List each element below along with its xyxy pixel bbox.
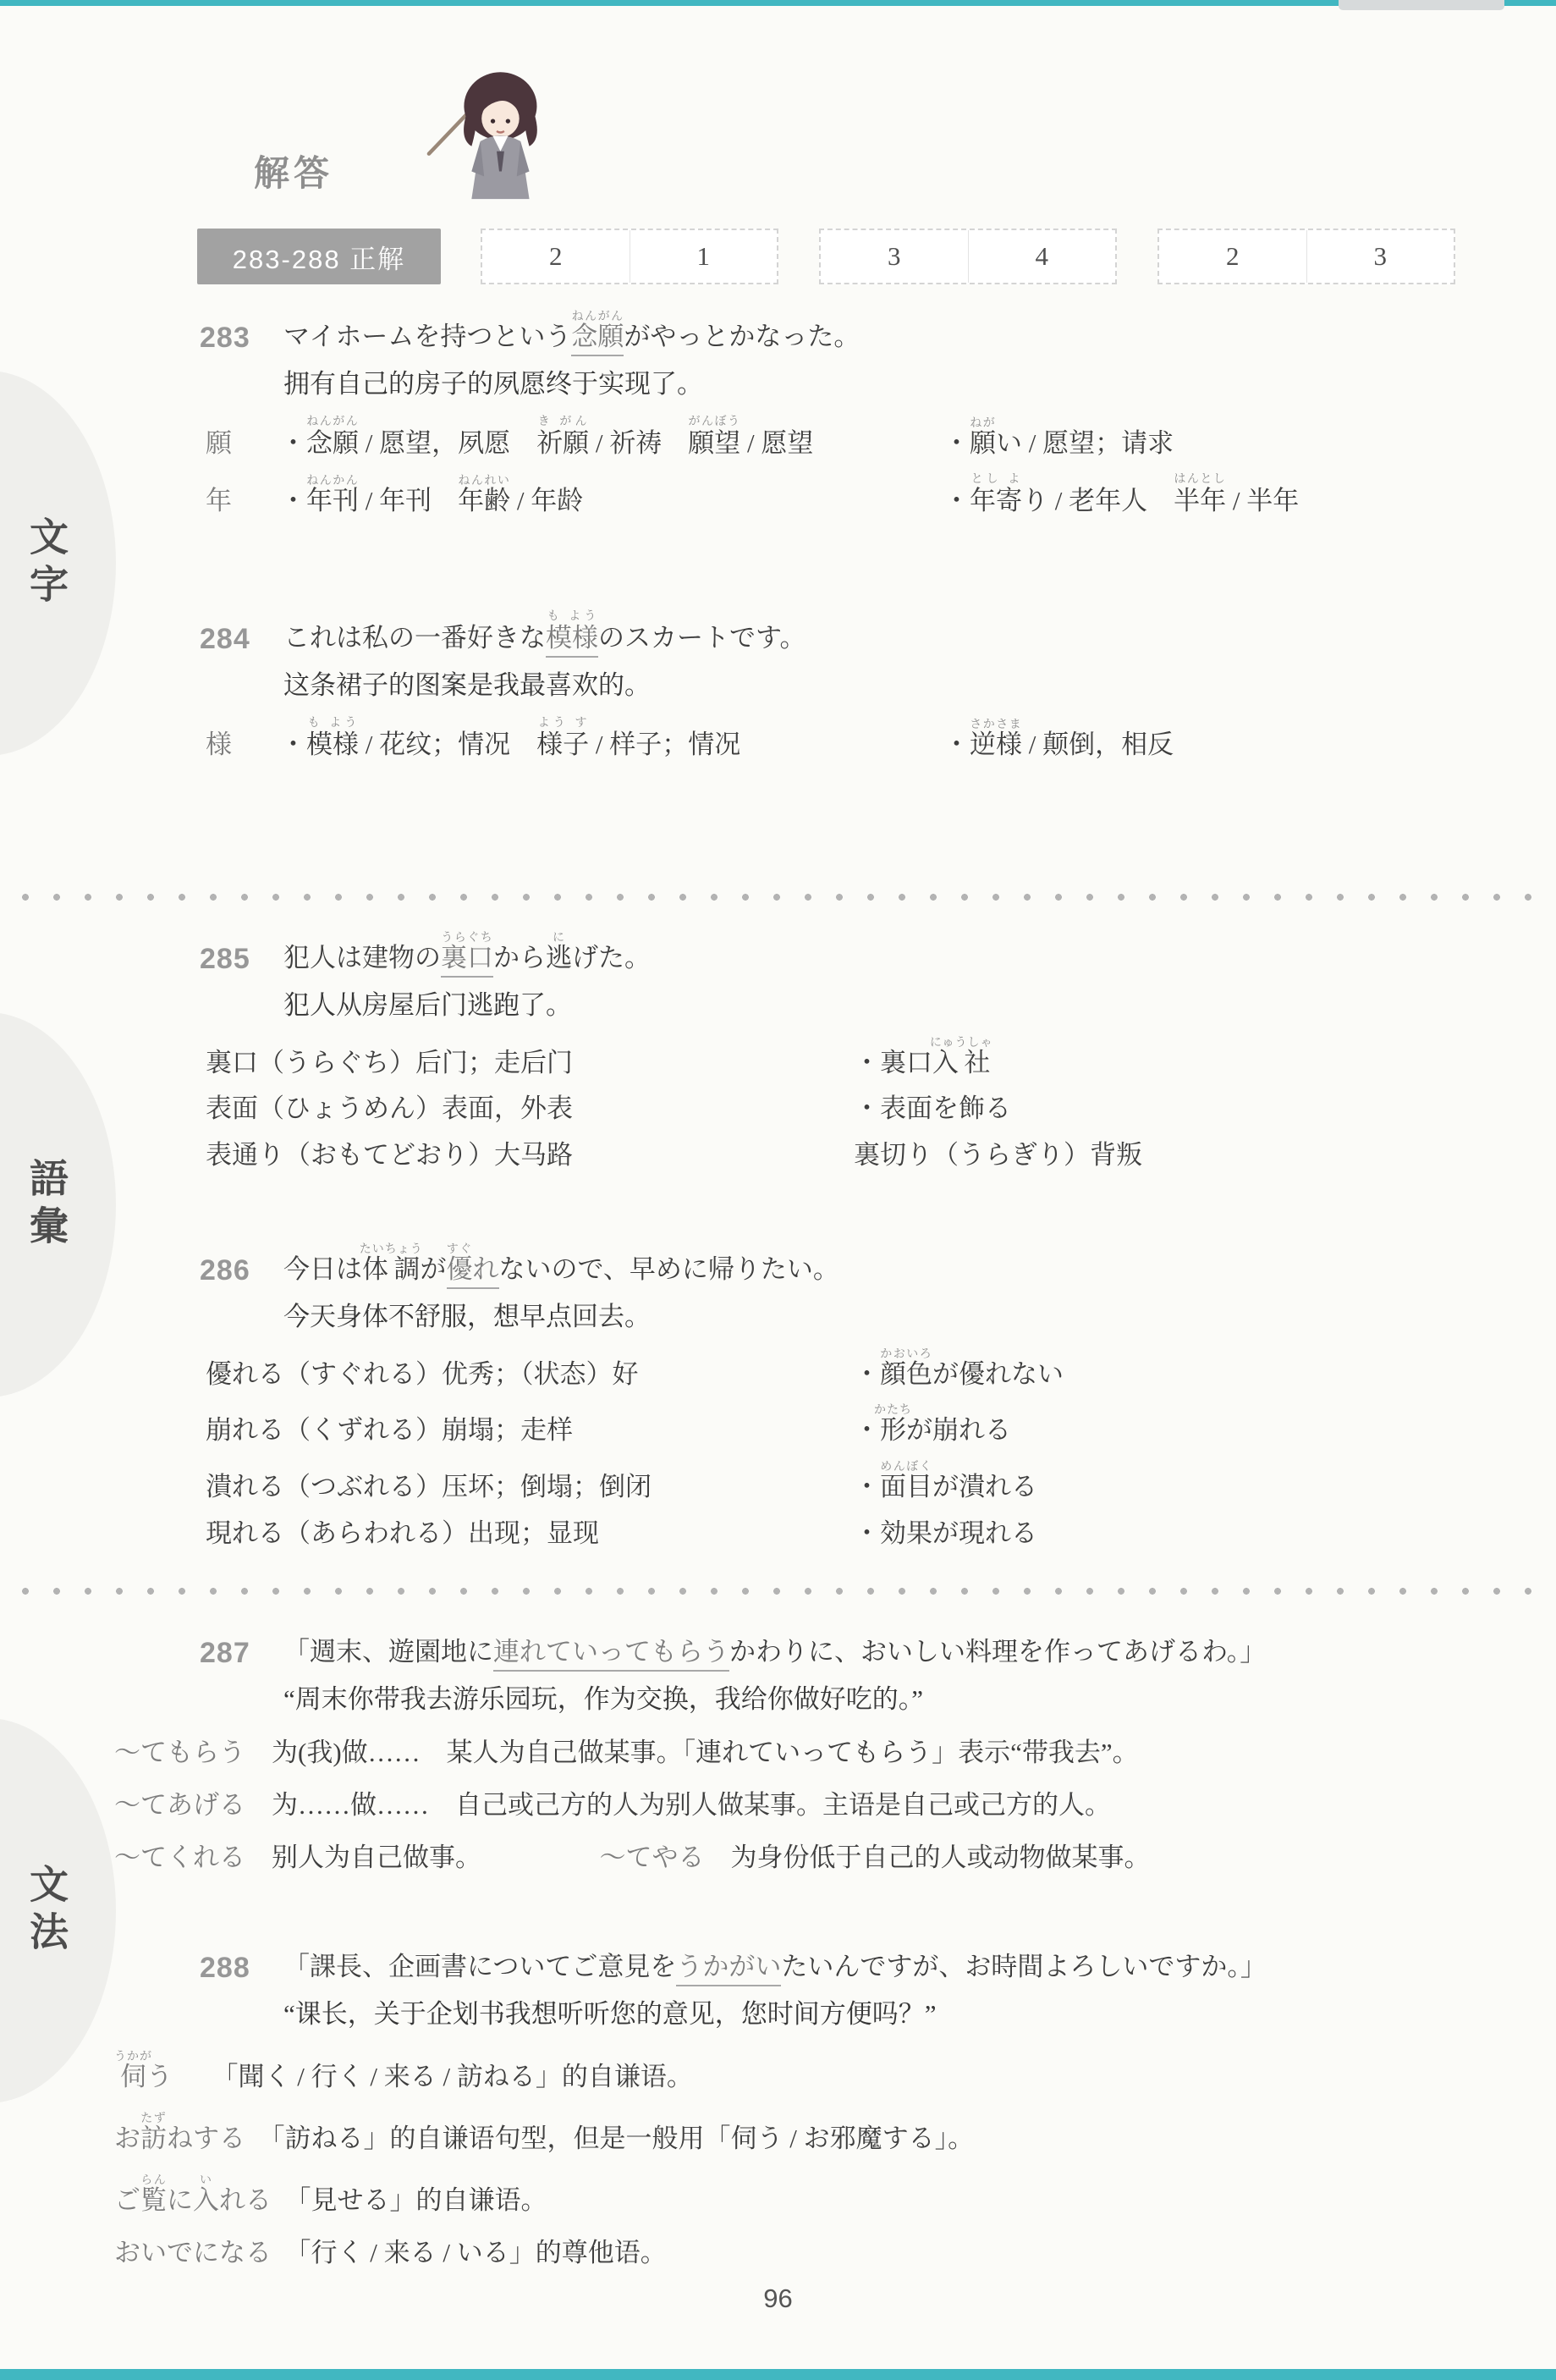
dotted-divider bbox=[20, 892, 1536, 902]
japanese-sentence: 「週末、遊園地に連れていってもらうかわりに、おいしい料理を作ってあげるわ。」 bbox=[283, 1617, 1505, 1669]
vocab-left: 崩れる（くずれる）崩塌；走样 bbox=[206, 1414, 854, 1447]
bottom-accent-strip bbox=[0, 2369, 1556, 2380]
vocab-row: 願 ・念願ねんがん / 愿望，夙愿 祈願き がん / 祈祷 願望がんぼう / 愿… bbox=[206, 416, 1505, 460]
vocab-head: 願 bbox=[206, 427, 280, 460]
vocab-right: ・形かたちが崩れる bbox=[854, 1404, 1505, 1447]
vocab-head: 年 bbox=[206, 485, 280, 518]
dotted-divider bbox=[20, 1586, 1536, 1596]
grammar-rows: 伺うかがう 「聞く / 行く / 来る / 訪ねる」的自谦语。 お訪たずねする … bbox=[0, 2051, 1556, 2271]
answer-cell-283: 2 bbox=[482, 230, 630, 283]
grammar-rows: ～てもらう 为(我)做…… 某人为自己做某事。「連れていってもらう」表示“带我去… bbox=[0, 1736, 1556, 1876]
vocab-left: 裏口（うらぐち）后门；走后门 bbox=[206, 1047, 854, 1080]
vocab-row: 表面（ひょうめん）表面，外表 ・表面を飾る bbox=[206, 1093, 1505, 1126]
vocab-left: 現れる（あらわれる）出现；显现 bbox=[206, 1518, 854, 1551]
vocab-left: 表通り（おもてどおり）大马路 bbox=[206, 1139, 854, 1172]
vocab-row: 崩れる（くずれる）崩塌；走样 ・形かたちが崩れる bbox=[206, 1404, 1505, 1447]
answer-group-3: 2 3 bbox=[1157, 229, 1455, 284]
grammar-row: 伺うかがう 「聞く / 行く / 来る / 訪ねる」的自谦语。 bbox=[114, 2051, 1505, 2094]
japanese-sentence: これは私の一番好きな模様も ようのスカートです。 bbox=[283, 603, 1505, 655]
grammar-row: ご覧らんに入いれる 「見せる」的自谦语。 bbox=[114, 2174, 1505, 2217]
answer-cell-288: 3 bbox=[1306, 230, 1454, 283]
vocab-row: 表通り（おもてどおり）大马路 裏切り（うらぎり）背叛 bbox=[206, 1139, 1505, 1172]
chinese-translation: 这条裙子的图案是我最喜欢的。 bbox=[283, 669, 1505, 702]
vocab-left: 優れる（すぐれる）优秀；（状态）好 bbox=[206, 1358, 854, 1391]
section-284: 284 これは私の一番好きな模様も ようのスカートです。 这条裙子的图案是我最喜… bbox=[0, 603, 1556, 761]
japanese-sentence: 犯人は建物の裏口うらぐちから逃にげた。 bbox=[283, 923, 1505, 975]
answer-cell-285: 3 bbox=[821, 230, 968, 283]
chinese-translation: 今天身体不舒服，想早点回去。 bbox=[283, 1300, 1505, 1334]
chinese-translation: “课长，关于企划书我想听听您的意见，您时间方便吗？” bbox=[283, 1997, 1505, 2031]
japanese-sentence: 今日は体調たいちょうが優すぐれないので、早めに帰りたい。 bbox=[283, 1234, 1505, 1286]
vocab-right: ・顔色かおいろが優れない bbox=[854, 1348, 1505, 1391]
japanese-sentence: 「課長、企画書についてご意見をうかがいたいんですが、お時間よろしいですか。」 bbox=[283, 1931, 1505, 1984]
grammar-row: おいでになる 「行く / 来る / いる」的尊他语。 bbox=[114, 2236, 1505, 2270]
grammar-row: ～てくれる 别人为自己做事。 ～てやる 为身份低于自己的人或动物做某事。 bbox=[114, 1841, 1505, 1875]
section-number: 288 bbox=[200, 1952, 250, 1985]
vocab-right: ・願ねがい / 愿望；请求 bbox=[943, 417, 1505, 460]
answer-group-1: 2 1 bbox=[481, 229, 778, 284]
grammar-row: ～てあげる 为……做…… 自己或己方的人为别人做某事。主语是自己或己方的人。 bbox=[114, 1788, 1505, 1822]
section-number: 287 bbox=[200, 1637, 250, 1670]
vocab-right: ・逆様さかさま / 颠倒，相反 bbox=[943, 719, 1505, 762]
section-number: 286 bbox=[200, 1254, 250, 1287]
top-right-tab-fragment bbox=[1339, 0, 1504, 10]
vocab-rows: 優れる（すぐれる）优秀；（状态）好 ・顔色かおいろが優れない 崩れる（くずれる）… bbox=[0, 1348, 1556, 1551]
section-286: 286 今日は体調たいちょうが優すぐれないので、早めに帰りたい。 今天身体不舒服… bbox=[0, 1234, 1556, 1551]
page-number: 96 bbox=[0, 2284, 1556, 2314]
vocab-left: ・模様も よう / 花纹；情况 様子よう す / 样子；情况 bbox=[280, 717, 943, 762]
answer-key-page: { "page": { "header_label": "解答", "page_… bbox=[0, 0, 1556, 2380]
vocab-row: 裏口（うらぐち）后门；走后门 ・裏口入社にゅうしゃ bbox=[206, 1037, 1505, 1080]
vocab-head: 様 bbox=[206, 729, 280, 762]
vocab-right: ・効果が現れる bbox=[854, 1518, 1505, 1551]
answer-bar: 283-288 正解 2 1 3 4 2 3 bbox=[197, 229, 1455, 284]
answer-cell-287: 2 bbox=[1159, 230, 1306, 283]
top-accent-strip bbox=[0, 0, 1556, 6]
section-288: 288 「課長、企画書についてご意見をうかがいたいんですが、お時間よろしいですか… bbox=[0, 1931, 1556, 2271]
section-287: 287 「週末、遊園地に連れていってもらうかわりに、おいしい料理を作ってあげるわ… bbox=[0, 1617, 1556, 1875]
chinese-translation: 犯人从房屋后门逃跑了。 bbox=[283, 989, 1505, 1022]
vocab-rows: 裏口（うらぐち）后门；走后门 ・裏口入社にゅうしゃ 表面（ひょうめん）表面，外表… bbox=[0, 1037, 1556, 1172]
vocab-row: 様 ・模様も よう / 花纹；情况 様子よう す / 样子；情况 ・逆様さかさま… bbox=[206, 717, 1505, 762]
vocab-row: 潰れる（つぶれる）压坏；倒塌；倒闭 ・面目めんぼくが潰れる bbox=[206, 1461, 1505, 1504]
section-number: 284 bbox=[200, 623, 250, 656]
section-283: 283 マイホームを持つという念願ねんがんがやっとかなった。 拥有自己的房子的夙… bbox=[0, 301, 1556, 518]
japanese-sentence: マイホームを持つという念願ねんがんがやっとかなった。 bbox=[283, 301, 1505, 354]
section-number: 283 bbox=[200, 322, 250, 355]
chinese-translation: 拥有自己的房子的夙愿终于实现了。 bbox=[283, 367, 1505, 401]
vocab-left: 表面（ひょうめん）表面，外表 bbox=[206, 1093, 854, 1126]
vocab-row: 年 ・年刊ねんかん / 年刊 年齢ねんれい / 年龄 ・年寄とし より / 老年… bbox=[206, 473, 1505, 518]
grammar-row: ～てもらう 为(我)做…… 某人为自己做某事。「連れていってもらう」表示“带我去… bbox=[114, 1736, 1505, 1770]
vocab-right: ・表面を飾る bbox=[854, 1093, 1505, 1126]
vocab-left: ・年刊ねんかん / 年刊 年齢ねんれい / 年龄 bbox=[280, 475, 943, 518]
answer-cell-286: 4 bbox=[968, 230, 1116, 283]
vocab-left: ・念願ねんがん / 愿望，夙愿 祈願き がん / 祈祷 願望がんぼう / 愿望 bbox=[280, 416, 943, 460]
vocab-right: ・年寄とし より / 老年人 半年はんとし / 半年 bbox=[943, 473, 1505, 518]
answer-bar-label: 283-288 正解 bbox=[197, 229, 441, 284]
answer-group-2: 3 4 bbox=[819, 229, 1117, 284]
side-tab-moji-label: 文字 bbox=[19, 516, 74, 611]
vocab-right: 裏切り（うらぎり）背叛 bbox=[854, 1139, 1505, 1172]
vocab-left: 潰れる（つぶれる）压坏；倒塌；倒闭 bbox=[206, 1471, 854, 1504]
chinese-translation: “周末你带我去游乐园玩，作为交换，我给你做好吃的。” bbox=[283, 1683, 1505, 1716]
grammar-row: お訪たずねする 「訪ねる」的自谦语句型，但是一般用「伺う / お邪魔する」。 bbox=[114, 2113, 1505, 2156]
teacher-girl-illustration bbox=[421, 56, 572, 211]
vocab-rows: 願 ・念願ねんがん / 愿望，夙愿 祈願き がん / 祈祷 願望がんぼう / 愿… bbox=[0, 416, 1556, 519]
vocab-right: ・裏口入社にゅうしゃ bbox=[854, 1037, 1505, 1080]
vocab-row: 優れる（すぐれる）优秀；（状态）好 ・顔色かおいろが優れない bbox=[206, 1348, 1505, 1391]
answer-cell-284: 1 bbox=[630, 230, 778, 283]
vocab-right: ・面目めんぼくが潰れる bbox=[854, 1461, 1505, 1504]
section-number: 285 bbox=[200, 943, 250, 976]
section-285: 285 犯人は建物の裏口うらぐちから逃にげた。 犯人从房屋后门逃跑了。 裏口（う… bbox=[0, 923, 1556, 1172]
vocab-row: 現れる（あらわれる）出现；显现 ・効果が現れる bbox=[206, 1518, 1505, 1551]
page-title: 解答 bbox=[254, 146, 333, 196]
vocab-rows: 様 ・模様も よう / 花纹；情况 様子よう す / 样子；情况 ・逆様さかさま… bbox=[0, 717, 1556, 762]
